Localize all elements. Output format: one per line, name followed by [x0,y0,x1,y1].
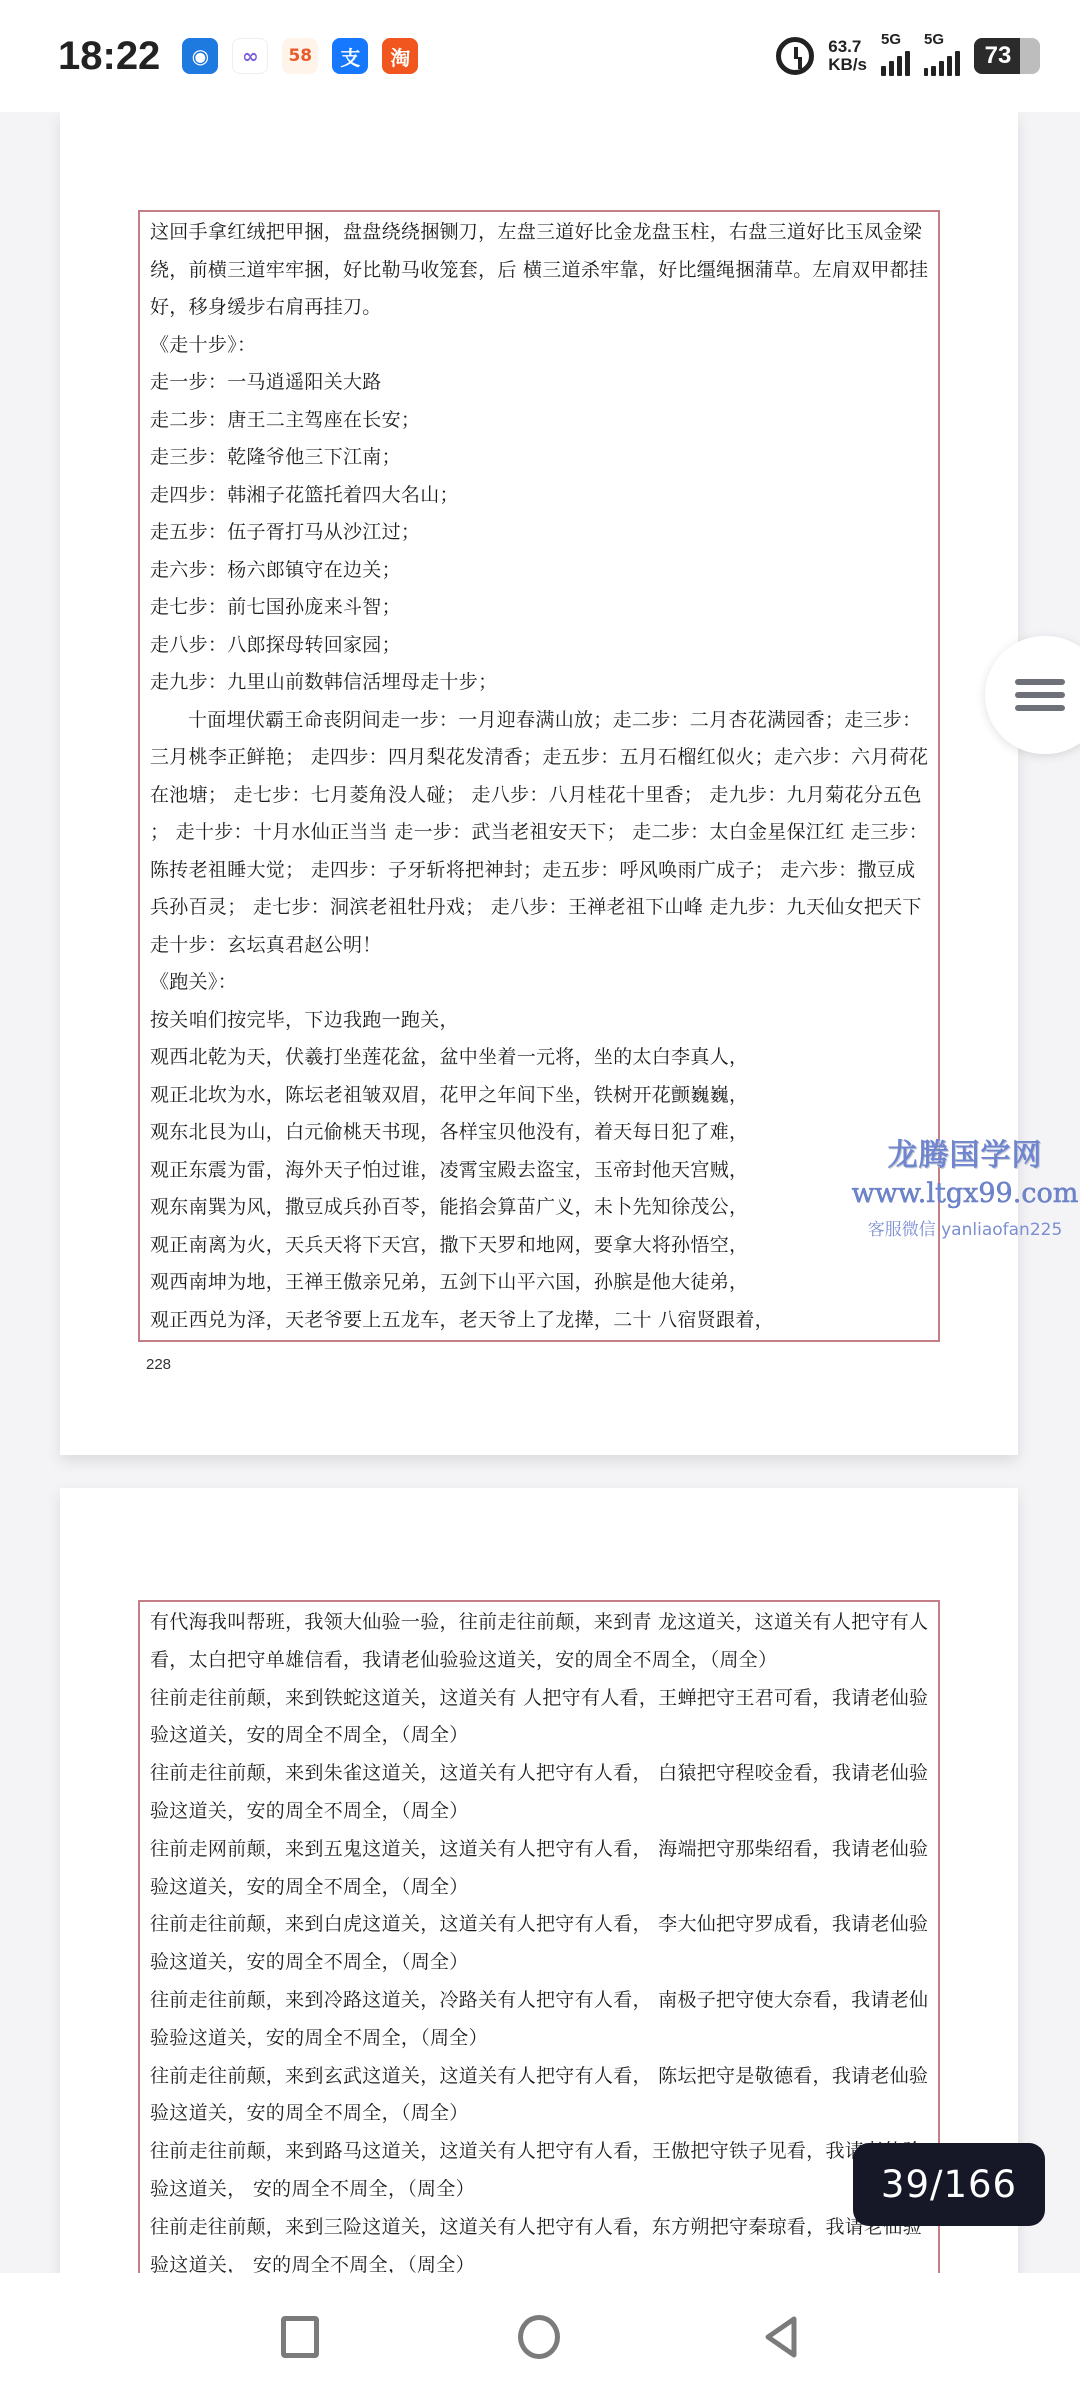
back-icon [760,2313,804,2361]
loop-app-icon: ∞ [232,38,268,74]
status-right: 63.7 KB/s 5G 5G 73 [776,37,1040,76]
text-box: 这回手拿红绒把甲捆，盘盘绕绕捆铡刀，左盘三道好比金龙盘玉柱，右盘三道好比玉凤金梁… [138,210,940,1342]
text-line: 走二步：唐王二主驾座在长安； [150,402,928,440]
text-line: 观正西兑为泽，天老爷要上五龙车，老天爷上了龙撵，二十 八宿贤跟着， [150,1302,928,1340]
battery-icon: 73 [974,38,1040,74]
text-line: 验这道关，安的周全不周全，（周全） [150,2095,928,2133]
text-line: 走十步：玄坛真君赵公明！ [150,927,928,965]
text-line: 走一步：一马逍遥阳关大路 [150,364,928,402]
back-button[interactable] [758,2313,806,2361]
signal-2-icon: 5G [924,37,960,76]
text-line: 往前走往前颠，来到三险这道关，这道关有人把守有人看，东方朔把守秦琼看，我请老仙验 [150,2209,928,2247]
text-line: 十面埋伏霸王命丧阴间走一步：一月迎春满山放；走二步：二月杏花满园香；走三步： [150,702,928,740]
text-line: 陈抟老祖睡大觉； 走四步：子牙斩将把神封；走五步：呼风唤雨广成子； 走六步：撒豆… [150,852,928,890]
text-line: 往前走往前颠，来到朱雀这道关，这道关有人把守有人看， 白猿把守程咬金看，我请老仙… [150,1755,928,1793]
text-line: 验这道关， 安的周全不周全，（周全） [150,2171,928,2209]
text-line: 往前走往前颠，来到冷路这道关，冷路关有人把守有人看， 南极子把守使大奈看，我请老… [150,1982,928,2020]
text-line: 往前走往前颠，来到玄武这道关，这道关有人把守有人看， 陈坛把守是敬德看，我请老仙… [150,2058,928,2096]
text-line: 验这道关，安的周全不周全，（周全） [150,1717,928,1755]
section-heading: 《跑关》： [150,964,928,1002]
network-speed-unit: KB/s [828,56,867,74]
alarm-icon [776,37,814,75]
text-line: 观正南离为火，天兵天将下天宫，撒下天罗和地网，要拿大将孙悟空， [150,1227,928,1265]
text-line: 验这道关，安的周全不周全，（周全） [150,1944,928,1982]
home-button[interactable] [515,2313,563,2361]
page-counter: 39/166 [853,2143,1045,2226]
status-left: 18:22 ◉ ∞ 58 支 淘 [58,34,418,79]
text-line: 三月桃李正鲜艳； 走四步：四月梨花发清香；走五步：五月石榴红似火；走六步：六月荷… [150,739,928,777]
alipay-icon: 支 [332,38,368,74]
text-line: 这回手拿红绒把甲捆，盘盘绕绕捆铡刀，左盘三道好比金龙盘玉柱，右盘三道好比玉凤金梁 [150,214,928,252]
text-line: 有代海我叫帮班，我领大仙验一验，往前走往前颠，来到青 龙这道关，这道关有人把守有… [150,1604,928,1642]
text-line: 走五步：伍子胥打马从沙江过； [150,514,928,552]
recents-icon [281,2316,319,2358]
status-bar: 18:22 ◉ ∞ 58 支 淘 63.7 KB/s 5G 5G 73 [0,0,1080,112]
text-line: 往前走往前颠，来到白虎这道关，这道关有人把守有人看， 李大仙把守罗成看，我请老仙… [150,1906,928,1944]
watermark-title: 龙腾国学网 [845,1130,1080,1174]
text-line: 看，太白把守单雄信看，我请老仙验验这道关，安的周全不周全，（周全） [150,1642,928,1680]
watermark-url: www.ltgx99.com [845,1178,1080,1209]
text-line: 按关咱们按完毕，下边我跑一跑关， [150,1002,928,1040]
text-line: 走八步：八郎探母转回家园； [150,627,928,665]
document-page-228[interactable]: 这回手拿红绒把甲捆，盘盘绕绕捆铡刀，左盘三道好比金龙盘玉柱，右盘三道好比玉凤金梁… [60,112,1018,1455]
watermark: 龙腾国学网 www.ltgx99.com 客服微信 yanliaofan225 [845,1130,1080,1240]
text-line: 在池塘； 走七步：七月菱角没人碰； 走八步：八月桂花十里香； 走九步：九月菊花分… [150,777,928,815]
text-line: 观西南坤为地，王禅王傲亲兄弟，五剑下山平六国，孙膑是他大徒弟， [150,1264,928,1302]
navigation-bar [0,2273,1080,2400]
home-icon [518,2315,560,2359]
58-app-icon: 58 [282,38,318,74]
text-line: 观西北乾为天，伏羲打坐莲花盆，盆中坐着一元将，坐的太白李真人， [150,1039,928,1077]
text-box: 有代海我叫帮班，我领大仙验一验，往前走往前颠，来到青 龙这道关，这道关有人把守有… [138,1600,940,2300]
text-line: 验这道关，安的周全不周全，（周全） [150,1869,928,1907]
text-line: 好，移身缓步右肩再挂刀。 [150,289,928,327]
signal-2-label: 5G [924,31,944,48]
text-line: 绕，前横三道牢牢捆，好比勒马收笼套，后 横三道杀牢靠，好比缰绳捆蒲草。左肩双甲都… [150,252,928,290]
watermark-contact: 客服微信 yanliaofan225 [845,1215,1080,1240]
text-line: 走九步：九里山前数韩信活埋母走十步； [150,664,928,702]
network-speed-value: 63.7 [828,38,867,56]
network-speed: 63.7 KB/s [828,38,867,74]
text-line: 观正北坎为水，陈坛老祖皱双眉，花甲之年间下坐，铁树开花颤巍巍， [150,1077,928,1115]
battery-level: 73 [974,38,1022,74]
text-line: 观东南巽为风，撒豆成兵孙百苓，能掐会算苗广义，未卜先知徐茂公， [150,1189,928,1227]
section-heading: 《走十步》： [150,327,928,365]
text-line: 走六步：杨六郎镇守在边关； [150,552,928,590]
recents-button[interactable] [276,2313,324,2361]
text-line: 走三步：乾隆爷他三下江南； [150,439,928,477]
menu-icon [1015,679,1065,711]
text-line: ； 走十步：十月水仙正当当 走一步：武当老祖安天下； 走二步：太白金星保江红 走… [150,814,928,852]
text-line: 往前走网前颠，来到五鬼这道关，这道关有人把守有人看， 海端把守那柴绍看，我请老仙… [150,1831,928,1869]
text-line: 观东北艮为山，白元偷桃天书现，各样宝贝他没有，着天每日犯了难， [150,1114,928,1152]
text-line: 兵孙百灵； 走七步：洞滨老祖牡丹戏； 走八步：王禅老祖下山峰 走九步：九天仙女把… [150,889,928,927]
signal-1-icon: 5G [881,37,910,76]
page-number: 228 [146,1356,171,1373]
text-line: 验这道关，安的周全不周全，（周全） [150,1793,928,1831]
text-line: 往前走往前颠，来到铁蛇这道关，这道关有 人把守有人看，王蝉把守王君可看，我请老仙… [150,1680,928,1718]
text-line: 往前走往前颠，来到路马这道关，这道关有人把守有人看，王傲把守铁子见看，我请老仙验 [150,2133,928,2171]
text-line: 验验这道关，安的周全不周全，（周全） [150,2020,928,2058]
text-line: 走四步：韩湘子花篮托着四大名山； [150,477,928,515]
text-line: 走七步：前七国孙庞来斗智； [150,589,928,627]
taobao-icon: 淘 [382,38,418,74]
signal-1-label: 5G [881,31,901,48]
text-line: 观正东震为雷，海外天子怕过谁，凌霄宝殿去盗宝，玉帝封他天宫贼， [150,1152,928,1190]
robot-app-icon: ◉ [182,38,218,74]
clock: 18:22 [58,34,160,79]
